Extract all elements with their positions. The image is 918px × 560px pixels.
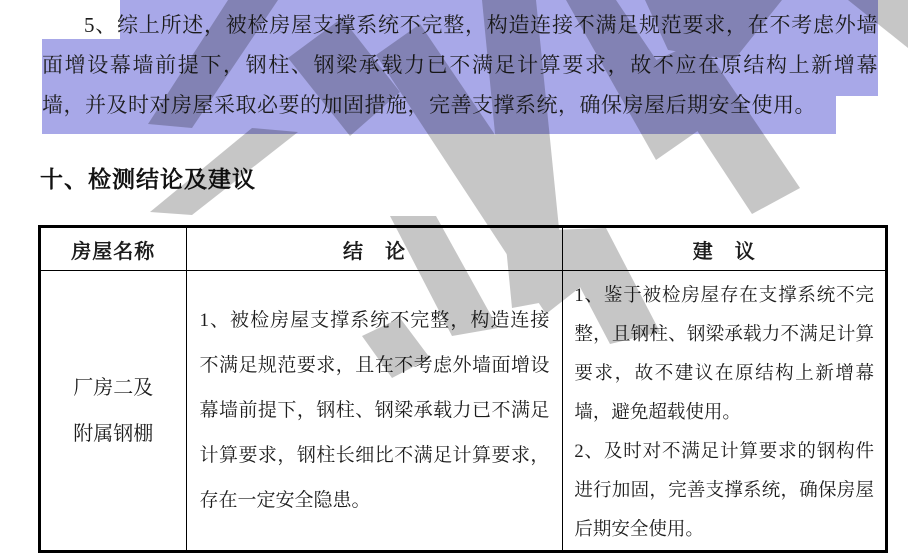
document-page: 5、综上所述，被检房屋支撑系统不完整，构造连接不满足规范要求，在不考虑外墙面增设…	[0, 0, 918, 560]
building-name-line-2: 附属钢棚	[41, 411, 186, 457]
table-header-row: 房屋名称 结 论 建 议	[40, 227, 887, 271]
col-header-building-name: 房屋名称	[40, 227, 187, 271]
col-header-conclusion: 结 论	[186, 227, 563, 271]
suggestion-item-2: 2、及时对不满足计算要求的钢构件进行加固，完善支撑系统，确保房屋后期安全使用。	[574, 433, 874, 550]
document-screenshot: { "page": { "background": "#ffffff", "te…	[0, 0, 918, 560]
cell-building-name: 厂房二及 附属钢棚	[40, 271, 187, 552]
conclusion-text: 1、被检房屋支撑系统不完整，构造连接不满足规范要求，且在不考虑外墙面增设幕墙前提…	[200, 298, 550, 523]
summary-paragraph-text: 5、综上所述，被检房屋支撑系统不完整，构造连接不满足规范要求，在不考虑外墙面增设…	[42, 5, 878, 125]
col-header-suggestion: 建 议	[563, 227, 887, 271]
suggestion-item-1: 1、鉴于被检房屋存在支撑系统不完整，且钢柱、钢梁承载力不满足计算要求，故不建议在…	[574, 277, 874, 433]
cell-suggestion: 1、鉴于被检房屋存在支撑系统不完整，且钢柱、钢梁承载力不满足计算要求，故不建议在…	[563, 271, 887, 552]
building-name-line-1: 厂房二及	[41, 365, 186, 411]
conclusion-table: 房屋名称 结 论 建 议 厂房二及 附属钢棚 1、被检房屋支撑系统不完整，构造连…	[38, 225, 888, 553]
summary-paragraph-highlight: 5、综上所述，被检房屋支撑系统不完整，构造连接不满足规范要求，在不考虑外墙面增设…	[42, 0, 878, 134]
table-row: 厂房二及 附属钢棚 1、被检房屋支撑系统不完整，构造连接不满足规范要求，且在不考…	[40, 271, 887, 552]
section-heading: 十、检测结论及建议	[40, 161, 918, 194]
cell-conclusion: 1、被检房屋支撑系统不完整，构造连接不满足规范要求，且在不考虑外墙面增设幕墙前提…	[186, 271, 563, 552]
